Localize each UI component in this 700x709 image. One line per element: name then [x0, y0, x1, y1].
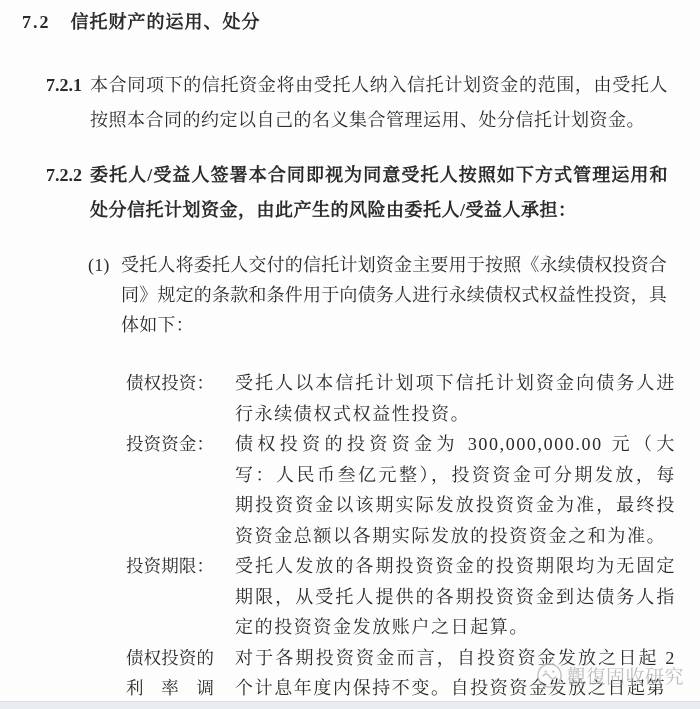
item-text: 受托人将委托人交付的信托计划资金主要用于按照《永续债权投资合同》规定的条款和条件…	[121, 255, 667, 335]
clause-number: 7.2.1	[46, 68, 82, 103]
clause-text: 本合同项下的信托资金将由受托人纳入信托计划资金的范围，由受托人按照本合同的约定以…	[90, 75, 668, 130]
document-page: 7.2信托财产的运用、处分 7.2.1 本合同项下的信托资金将由受托人纳入信托计…	[0, 0, 700, 709]
definition-row-investment-funds: 投资资金： 债权投资的投资资金为 300,000,000.00 元（大写：人民币…	[0, 429, 700, 551]
definition-row-investment-term: 投资期限： 受托人发放的各期投资资金的投资期限均为无固定期限，从受托人提供的各期…	[0, 551, 700, 643]
section-title: 信托财产的运用、处分	[71, 12, 261, 32]
section-heading: 7.2信托财产的运用、处分	[22, 8, 700, 36]
page-bottom-edge	[0, 701, 700, 709]
item-number: (1)	[88, 250, 110, 280]
list-item-1: (1) 受托人将委托人交付的信托计划资金主要用于按照《永续债权投资合同》规定的条…	[0, 250, 700, 340]
definition-label: 债权投资：	[126, 368, 214, 399]
definition-text: 受托人以本信托计划项下信托计划资金向债务人进行永续债权式权益性投资。	[235, 368, 676, 429]
definition-label: 投资资金：	[126, 429, 214, 460]
definition-text: 对于各期投资资金而言，自投资资金发放之日起 2 个计息年度内保持不变。自投资资金…	[235, 643, 676, 704]
definition-text: 受托人发放的各期投资资金的投资期限均为无固定期限，从受托人提供的各期投资资金到达…	[235, 551, 676, 643]
definition-label: 债权投资的利率调	[126, 643, 214, 704]
definition-text: 债权投资的投资资金为 300,000,000.00 元（大写：人民币叁亿元整），…	[235, 429, 676, 551]
definition-row-interest-rate: 债权投资的利率调 对于各期投资资金而言，自投资资金发放之日起 2 个计息年度内保…	[0, 643, 700, 704]
clause-text: 委托人/受益人签署本合同即视为同意受托人按照如下方式管理运用和处分信托计划资金，…	[90, 165, 668, 220]
definition-list: 债权投资： 受托人以本信托计划项下信托计划资金向债务人进行永续债权式权益性投资。…	[0, 368, 700, 704]
clause-number: 7.2.2	[46, 158, 82, 193]
section-number: 7.2	[22, 12, 51, 32]
clause-7-2-1: 7.2.1 本合同项下的信托资金将由受托人纳入信托计划资金的范围，由受托人按照本…	[0, 68, 700, 138]
definition-row-debt-investment: 债权投资： 受托人以本信托计划项下信托计划资金向债务人进行永续债权式权益性投资。	[0, 368, 700, 429]
clause-7-2-2: 7.2.2 委托人/受益人签署本合同即视为同意受托人按照如下方式管理运用和处分信…	[0, 158, 700, 228]
definition-label: 投资期限：	[126, 551, 214, 582]
